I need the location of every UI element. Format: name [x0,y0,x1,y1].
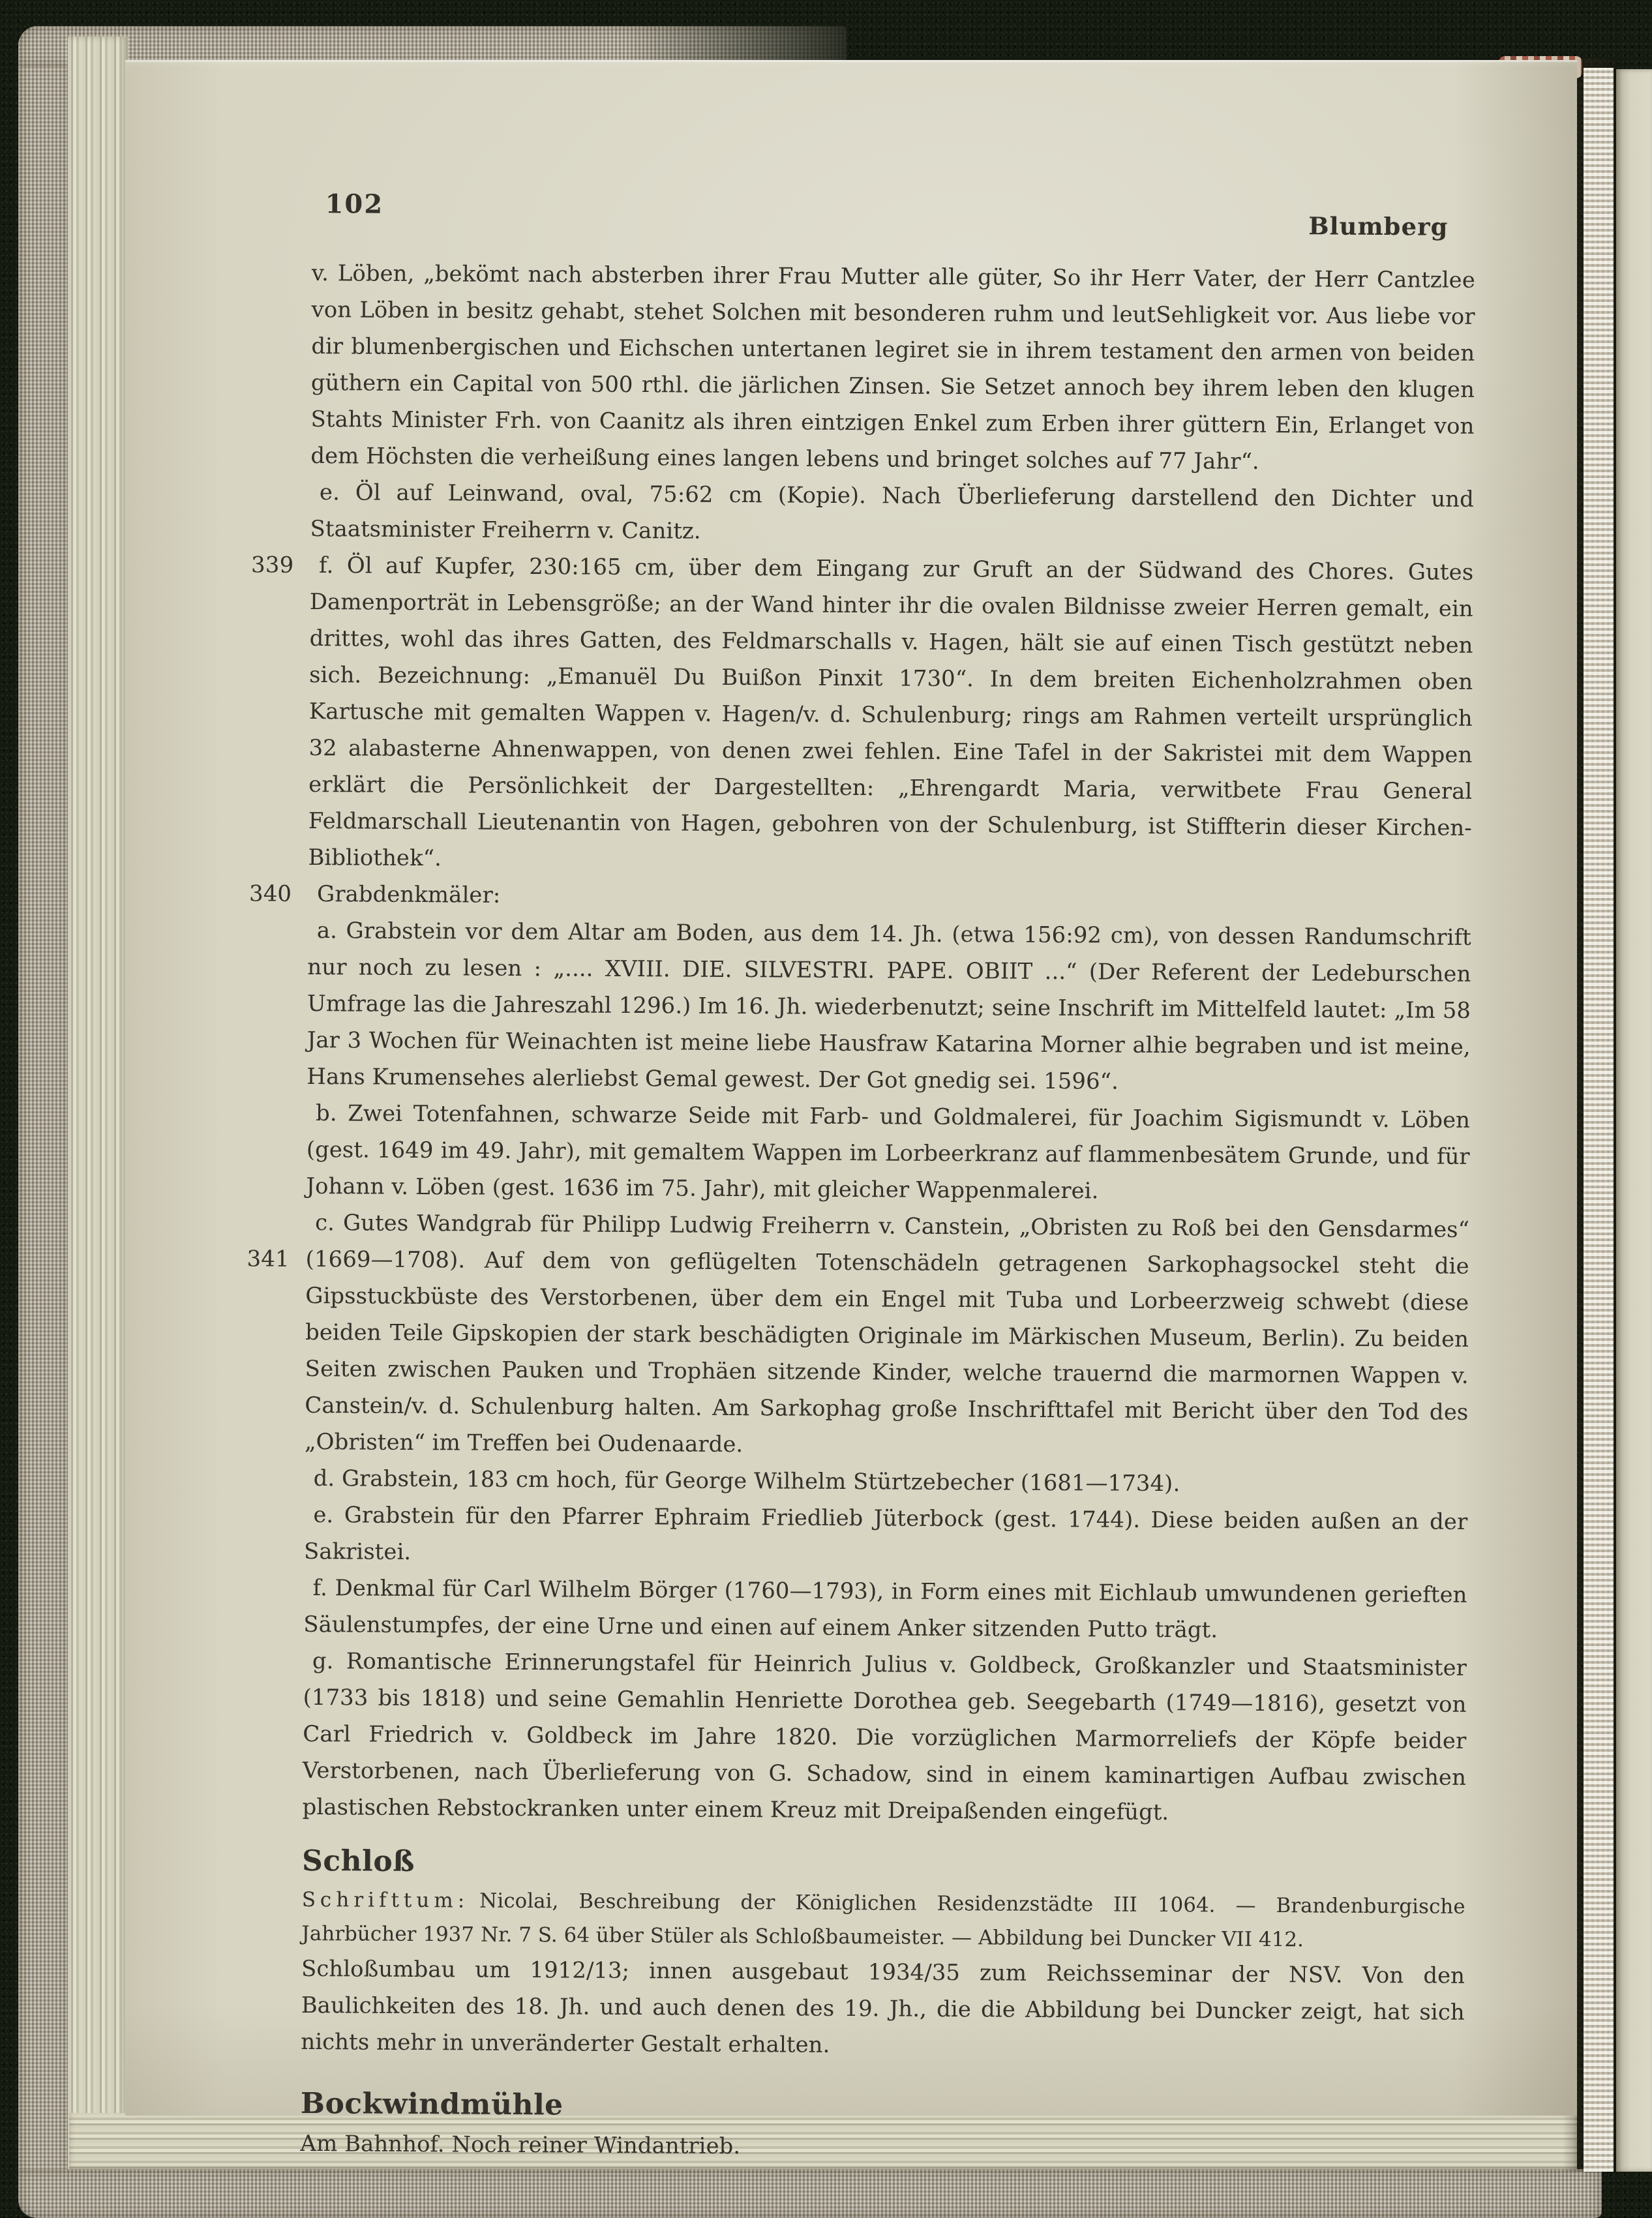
paragraph-item-g-erinnerungstafel: g. Romantische Erinnerungstafel für Hein… [302,1643,1467,1833]
paragraph-schloss-text: Schloßumbau um 1912/13; innen ausgebaut … [301,1951,1465,2067]
paragraph-item-a-grabstein: a. Grabstein vor dem Altar am Boden, aus… [307,912,1471,1102]
paragraph-item-f-oil-copper: f. Öl auf Kupfer, 230:165 cm, über dem E… [308,547,1473,883]
page-number: 102 [325,188,383,220]
paragraph-loeben-continuation: v. Löben, „bekömt nach absterben ihrer F… [310,255,1475,481]
section-heading-bockwindmuehle: Bockwindmühle [301,2085,1464,2130]
paragraph-item-e2-grabstein: e. Grabstein für den Pfarrer Ephraim Fri… [304,1497,1468,1577]
book-cover-cloth-left [18,26,70,2199]
schrifttum-label: Schrifttum: [302,1888,470,1913]
paragraph-schloss-schrifttum: Schrifttum:Nicolai, Beschreibung der Kön… [301,1883,1465,1958]
text-block: v. Löben, „bekömt nach absterben ihrer F… [300,255,1475,2169]
schrifttum-text: Nicolai, Beschreibung der Königlichen Re… [301,1889,1465,1952]
paragraph-item-b-totenfahnen: b. Zwei Totenfahnen, schwarze Seide mit … [306,1095,1470,1212]
book-cover-cloth-bottom [18,2169,1602,2218]
margin-number-340: 340 [249,875,301,912]
heading-grabdenkmaeler: Grabdenkmäler: [308,876,1471,920]
row-item-c: 341 c. Gutes Wandgrab für Philipp Ludwig… [305,1205,1469,1467]
print-area: 102 Blumberg v. Löben, „bekömt nach abst… [114,58,1578,2123]
margin-number-339: 339 [251,547,303,583]
paragraph-item-c-wandgrab: c. Gutes Wandgrab für Philipp Ludwig Fre… [305,1205,1469,1467]
scanned-book-photo: { "page": { "number": "102", "running_he… [0,0,1652,2218]
row-grabdenkmaeler: 340 Grabdenkmäler: [308,876,1471,920]
row-item-f: 339 f. Öl auf Kupfer, 230:165 cm, über d… [308,547,1473,883]
running-header: Blumberg [1308,211,1448,241]
spine-gauze-strip [1584,68,1614,2172]
margin-number-341: 341 [247,1240,299,1277]
paragraph-item-e-oil-canvas: e. Öl auf Leinwand, oval, 75:62 cm (Kopi… [310,474,1474,554]
paragraph-item-f2-denkmal: f. Denkmal für Carl Wilhelm Börger (1760… [303,1570,1467,1650]
paragraph-bockwindmuehle-text: Am Bahnhof. Noch reiner Windantrieb. [300,2125,1464,2169]
book-page: 102 Blumberg v. Löben, „bekömt nach abst… [125,60,1577,2116]
section-heading-schloss: Schloß [302,1842,1465,1887]
facing-page-edge [1616,69,1652,2172]
